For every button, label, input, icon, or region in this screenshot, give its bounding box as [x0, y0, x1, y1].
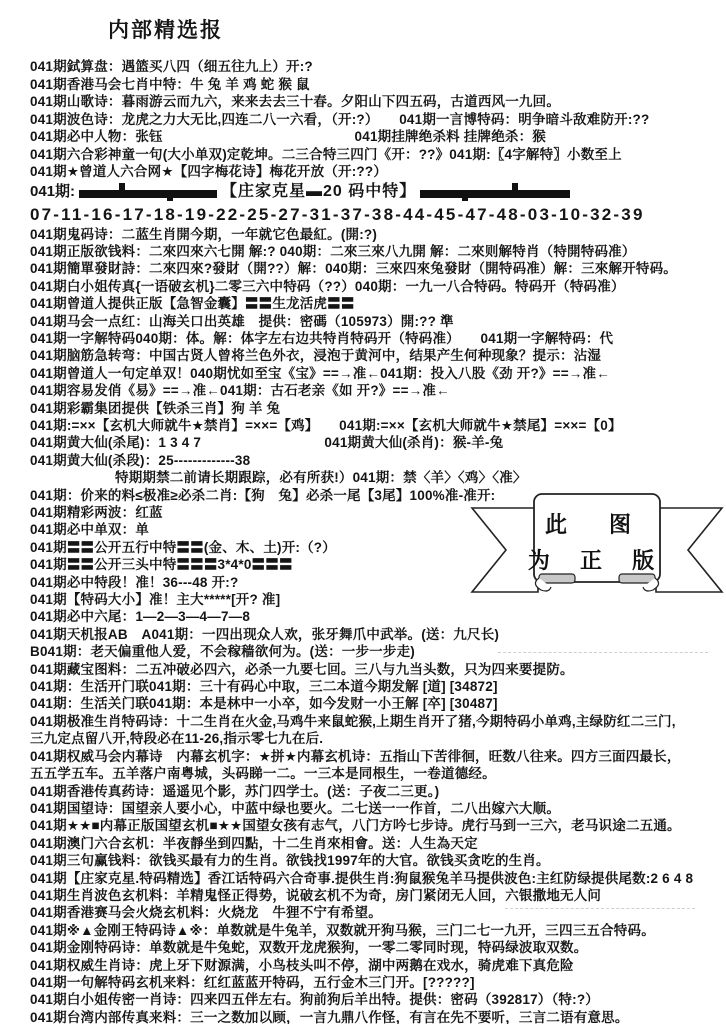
report-line: 041期台湾内部传真来料：三一之数加以顾，一言九鼎八作怪，有言在先不要听，三言二…	[30, 1009, 726, 1024]
report-line: 041期【庄家克星.特码精选】香江话特码六合奇事.提供生肖:狗鼠猴兔羊马提供波色…	[30, 870, 726, 887]
numbers-row: 07-11-16-17-18-19-22-25-27-31-37-38-44-4…	[30, 203, 726, 226]
report-line: 041期※▲金刚王特码诗▲※：单数就是牛兔羊，双数就开狗马猴，三门二七一九开，三…	[30, 922, 726, 939]
report-line: 041期★★■内幕正版国望玄机■★★国望女孩有志气，八门方吟七步诗。虎行马到一三…	[30, 817, 726, 834]
report-line: 041期三句赢钱料：欲钱买最有力的生肖。欲钱找1997年的大官。欲钱买贪吃的生肖…	[30, 852, 726, 869]
report-line: 041期澳门六合玄机：半夜靜坐到四點，十二生肖來相會。送：人生為天定	[30, 835, 726, 852]
scan-artifact	[505, 908, 695, 909]
report-line: 041期脑筋急转弯：中国古贤人曾将兰色外衣，浸泡于黄河中，结果产生何种现象？提示…	[30, 347, 726, 364]
report-line: 041期容易发俏《易》==→准←041期：古石老亲《如 开?》==→准←	[30, 382, 726, 399]
headline-label: 【庄家克星▬20 码中特】	[221, 181, 416, 203]
report-line: 041期权威马会内幕诗 内幕玄机字：★拼★内幕玄机诗：五指山下苦徘徊，旺数八往来…	[30, 748, 726, 765]
report-lines-main: 041期鬼码诗：二蓝生肖開今期，一年就它色最紅。(開:?)041期正版欲钱料：二…	[30, 226, 726, 1024]
report-line: 041期曾道人提供正版【急智金囊】〓〓生龙活虎〓〓	[30, 295, 726, 312]
report-line: 041期黄大仙(杀段)：25-------------38	[30, 452, 726, 469]
report-line: 041期白小姐传真{一语破玄机}二零三六中特码（??）040期：一九一八合特码。…	[30, 278, 726, 295]
page-title: 内部精选报	[108, 14, 726, 44]
ribbon-scroll-graphic: 此 图 为 正 版	[468, 486, 726, 606]
authenticity-banner: 此 图 为 正 版	[468, 486, 726, 606]
headline-prefix: 041期:	[30, 181, 75, 203]
report-line: 041期藏宝图料：二五冲破必四六，必杀一九要七回。三八与九当头数，只为四来要提防…	[30, 661, 726, 678]
report-line: 041期六合彩神童一句(大小单双)定乾坤。二三合特三四门《开：??》041期:〖…	[30, 146, 726, 164]
report-line: 特期期禁二前请长期跟踪，必有所获!）041期：禁〈羊〉〈鸡〉〈准〉	[30, 469, 726, 486]
report-line: 041期金刚特码诗：单数就是牛兔蛇，双数开龙虎猴狗，一零二零同时现，特码绿波取双…	[30, 939, 726, 956]
report-line: 041期生肖波色玄机料：羊精鬼怪正得势，说破玄机不为奇，房门紧闭无人回，六银撒地…	[30, 887, 726, 904]
report-line: 041期香港马会七肖中特：牛 兔 羊 鸡 蛇 猴 鼠	[30, 76, 726, 94]
report-line: 041期一字解特码040期：体。解：体字左右边共特肖特码开（特码准） 041期一…	[30, 330, 726, 347]
report-line: 041期★曾道人六合网★【四字梅花诗】梅花开放（开:??）	[30, 163, 726, 181]
report-line: 041期黄大仙(杀尾)：1 3 4 7 041期黄大仙(杀肖)：猴-羊-兔	[30, 434, 726, 451]
report-line: 041期必中六尾：1—2—3—4—7—8	[30, 608, 726, 625]
report-line: 041期香港赛马会火烧玄机料：火烧龙 牛狸不宁有希望。	[30, 904, 726, 921]
report-line: 041期香港传真药诗：遥遥见个影，苏门四学士。(送：子夜二三更。)	[30, 783, 726, 800]
report-lines-top: 041期鉽算盘：遇篮买八四（细五往九上）开:?041期香港马会七肖中特：牛 兔 …	[30, 58, 726, 181]
report-line: 041期波色诗：龙虎之力大无比,四连二八一六看，（开:?） 041期一言博特码：…	[30, 111, 726, 129]
scroll-curl-left	[539, 574, 575, 583]
report-line: 041期:=××【玄机大师就牛★禁肖】=××=【鸡】 041期:=××【玄机大师…	[30, 417, 726, 434]
report-line: 041期簡單發財詩：二來四來?發財（開??）解：040期：三來四來兔發財（開特码…	[30, 260, 726, 277]
report-line: 041期国望诗：国望亲人要小心，中蓝中绿也要火。二七送一一作首，二八出嫁六大顺。	[30, 800, 726, 817]
report-line: 041期：生活关门联041期：本是林中一小卒，如今发财一小王解 [卒] [304…	[30, 695, 726, 712]
report-line: 三九定点留八开,特段必在11-26,指示零七九在后.	[30, 730, 726, 747]
report-line: 041期正版欲钱料：二來四來六七開 解:? 040期：二來三來八九開 解：二來则…	[30, 243, 726, 260]
scroll-curl-right	[619, 574, 655, 583]
report-line: 五五学五车。五羊落户南粤城，头码睇一二。一三本是同根生，一卷道德经。	[30, 765, 726, 782]
banner-text-line1: 此 图	[545, 512, 649, 537]
report-line: 041期鉽算盘：遇篮买八四（细五往九上）开:?	[30, 58, 726, 76]
report-line: 041期必中人物：张钰 041期挂牌绝杀料 挂牌绝杀：猴	[30, 128, 726, 146]
report-line: 041期天机报AB A041期：一四出现众人欢，张牙舞爪中武举。(送：九尺长)	[30, 626, 726, 643]
report-line: 041期白小姐传密一肖诗：四来四五伴左右。狗前狗后羊出特。提供：密码（39281…	[30, 991, 726, 1008]
report-line: 041期权威生肖诗：虎上牙下财源满，小鸟枝头叫不停，湖中两鹅在戏水，骑虎难下真危…	[30, 957, 726, 974]
report-line: 041期：生活开门联041期：三十有码心中取，三二本道今期发解 [道] [348…	[30, 678, 726, 695]
bar-decoration-left	[79, 182, 217, 202]
report-line: 041期鬼码诗：二蓝生肖開今期，一年就它色最紅。(開:?)	[30, 226, 726, 243]
report-line: 041期极准生肖特码诗：十二生肖在火金,马鸡牛来鼠蛇猴,上期生肖开了猪,今期特码…	[30, 713, 726, 730]
report-line: 041期曾道人一句定单双！040期忧如至宝《宝》==→准←041期：投入八股《劲…	[30, 365, 726, 382]
report-line: 041期彩霸集团提供【铁杀三肖】狗 羊 兔	[30, 400, 726, 417]
report-line: 041期一句解特码玄机来料：红红蓝蓝开特码，五行金木三门开。[?????]	[30, 974, 726, 991]
report-line: 041期山歌诗：暮雨游云而九六，来来去去三十春。夕阳山下四五码，古道西风一九回。	[30, 93, 726, 111]
bar-decoration-right	[420, 182, 570, 202]
headline-row: 041期: 【庄家克星▬20 码中特】	[30, 181, 726, 203]
banner-text-line2: 为 正 版	[528, 548, 666, 573]
report-line: 041期马会一点红：山海关口出英雄 提供：密碼（105973）開:?? 準	[30, 313, 726, 330]
scan-artifact	[498, 652, 708, 653]
report-sheet: 内部精选报 041期鉽算盘：遇篮买八四（细五往九上）开:?041期香港马会七肖中…	[0, 0, 726, 1024]
